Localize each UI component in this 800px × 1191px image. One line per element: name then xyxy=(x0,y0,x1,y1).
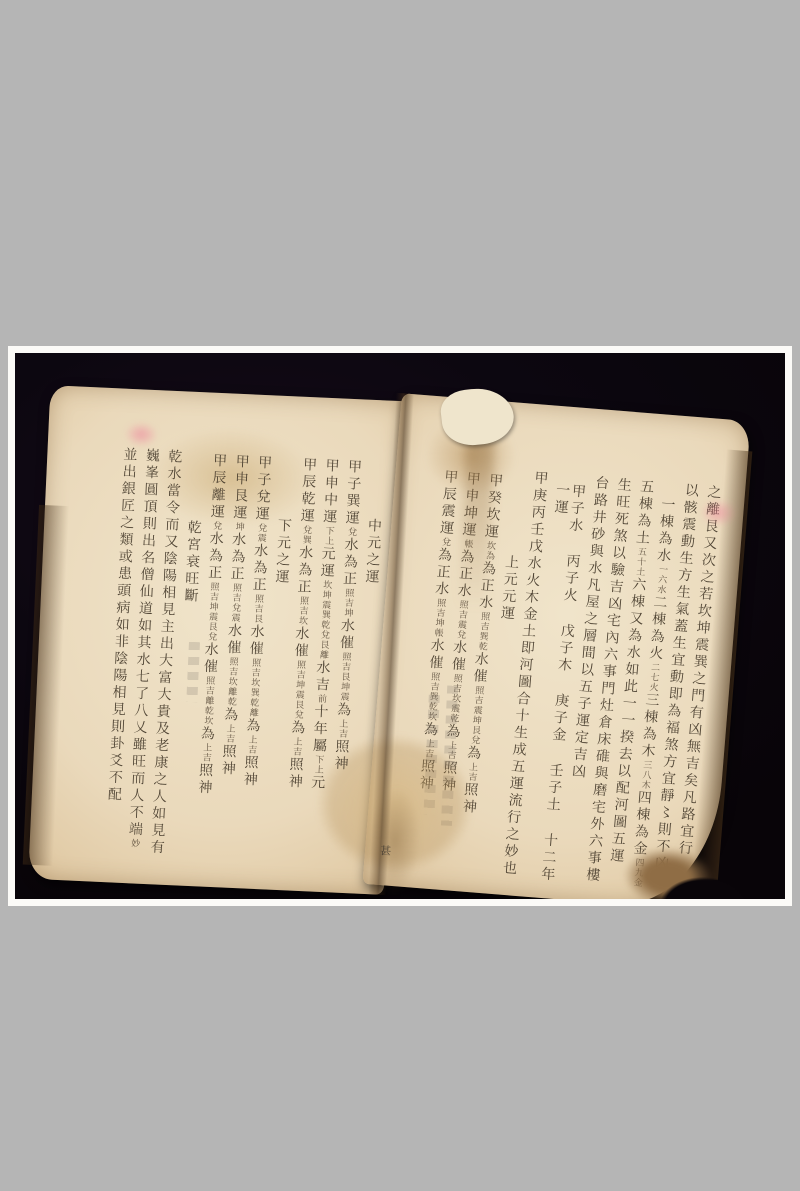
column-text: 水催 xyxy=(292,626,310,661)
annotation-text: 上吉 xyxy=(291,737,302,757)
column-text: 照神 xyxy=(460,781,479,816)
column-text: 元 xyxy=(309,774,326,792)
annotation-text: 兌巽 xyxy=(301,525,312,545)
column-text: 為 xyxy=(465,744,482,762)
photo-black-backdrop: 中元之運甲子巽運兌水為正照吉坤水催照吉艮坤震為上吉照神甲申中運下上元運坎坤震巽乾… xyxy=(15,353,785,899)
column-text: 甲申中運 xyxy=(321,458,340,527)
column-text: 水催 xyxy=(201,641,219,676)
column-text: 照神 xyxy=(219,743,237,778)
annotation-text: 二七火 xyxy=(647,662,659,693)
column-text: 照神 xyxy=(196,762,214,797)
column-text: 為 xyxy=(244,717,261,735)
column-text: 水吉 xyxy=(313,659,331,694)
annotation-text: 照吉坎離乾 xyxy=(226,657,238,707)
column-text: 甲辰乾運 xyxy=(298,457,317,526)
column-text: 為 xyxy=(222,706,239,724)
column-text: 水催 xyxy=(247,623,265,658)
annotation-text: 兌 xyxy=(346,527,356,537)
column-text: 照神 xyxy=(332,738,350,773)
photograph-white-mat: 中元之運甲子巽運兌水為正照吉坤水催照吉艮坤震為上吉照神甲申中運下上元運坎坤震巽乾… xyxy=(8,346,792,906)
right-page: 之離艮又次之若坎坤震巽之門有凶無吉矣凡路宜行以骸震動生方生氣蓋生宜動即為福煞方宜… xyxy=(362,393,750,899)
annotation-text: 照吉坤震艮兌 xyxy=(206,582,219,642)
annotation-text: 上吉 xyxy=(201,742,212,762)
column-text: 甲辰震運 xyxy=(438,469,459,538)
left-page: 中元之運甲子巽運兌水為正照吉坤水催照吉艮坤震為上吉照神甲申中運下上元運坎坤震巽乾… xyxy=(28,385,406,895)
column-text: 二棟為火 xyxy=(647,594,668,663)
column-text: 下元之運 xyxy=(273,518,292,587)
annotation-text: 前 xyxy=(316,694,326,704)
column-text: 甲申坤運 xyxy=(460,471,481,540)
annotation-text: 照吉離乾坎 xyxy=(202,676,214,726)
column-text: 甲申艮運 xyxy=(231,454,250,523)
column-text: 甲子巽運 xyxy=(343,459,362,528)
annotation-text: 三八木 xyxy=(639,760,651,791)
column-text: 甲辰離運 xyxy=(209,453,228,522)
annotation-text: 照吉艮 xyxy=(252,594,263,624)
column-text: 甲子兌運 xyxy=(253,455,272,524)
column-text: 為 xyxy=(289,719,306,737)
column-text: 照神 xyxy=(241,754,259,789)
annotation-text: 照吉震坤艮兌 xyxy=(469,685,484,746)
annotation-text: 上吉 xyxy=(337,719,348,739)
annotation-text: 下上 xyxy=(323,526,334,546)
column-text: 為 xyxy=(198,725,215,743)
annotation-text: 一六水 xyxy=(655,564,667,595)
annotation-text: 照吉巽乾 xyxy=(476,611,489,652)
annotation-text: 坎為 xyxy=(484,540,496,561)
column-text: 三棟為木 xyxy=(639,692,660,761)
column-text: 四棟為金 xyxy=(631,789,652,858)
column-text: 水催 xyxy=(427,637,446,672)
annotation-text: 上吉 xyxy=(466,762,478,783)
annotation-text: 照吉兌震 xyxy=(229,583,241,623)
annotation-text: 兌 xyxy=(211,521,221,531)
right-page-text: 之離艮又次之若坎坤震巽之門有凶無吉矣凡路宜行以骸震動生方生氣蓋生宜動即為福煞方宜… xyxy=(372,460,729,897)
column-text: 水催 xyxy=(338,618,356,653)
annotation-text: 照吉坤震艮兌 xyxy=(293,660,306,720)
column-text: 為正水 xyxy=(455,548,475,600)
column-text: 水為正 xyxy=(250,543,268,595)
column-text: 為 xyxy=(335,701,352,719)
column-text: 甲癸坎運 xyxy=(482,472,503,541)
column-text: 水為正 xyxy=(341,537,359,589)
column-text: 十年屬 xyxy=(311,703,329,755)
column-text: 上元元運 xyxy=(498,554,519,623)
annotation-text: 照吉震兌 xyxy=(455,599,468,640)
annotation-text: 照吉坤 xyxy=(342,588,353,618)
annotation-text: 照吉坎巽乾離 xyxy=(248,658,261,718)
column-text: 一棟為水 xyxy=(655,496,676,565)
manuscript-book: 中元之運甲子巽運兌水為正照吉坤水催照吉艮坤震為上吉照神甲申中運下上元運坎坤震巽乾… xyxy=(28,377,752,899)
column-text: 水催 xyxy=(225,622,243,657)
column-text: 元運 xyxy=(318,546,336,581)
column-text: 水催 xyxy=(449,639,468,674)
left-page-text: 中元之運甲子巽運兌水為正照吉坤水催照吉艮坤震為上吉照神甲申中運下上元運坎坤震巽乾… xyxy=(35,443,392,882)
annotation-text: 照吉艮坤震 xyxy=(338,652,350,702)
annotation-text: 坤 xyxy=(234,522,244,532)
column-text: 照神 xyxy=(286,756,304,791)
annotation-text: 下上 xyxy=(313,755,324,775)
annotation-text: 五十土 xyxy=(634,546,646,577)
column-text: 為正水 xyxy=(477,560,497,612)
annotation-text: 上吉 xyxy=(246,734,257,754)
column-text: 為正水 xyxy=(433,546,453,598)
annotation-text: 照吉坤帳 xyxy=(432,598,445,639)
annotation-text: 上吉 xyxy=(224,723,235,743)
column-text: 五棟為土 xyxy=(633,478,654,547)
annotation-text: 坎坤震巽乾兌艮離 xyxy=(318,580,332,660)
column-text: 乾宮衰旺斷 xyxy=(182,520,202,606)
fold-mark: 甚 xyxy=(376,845,392,857)
scanned-page-background: 中元之運甲子巽運兌水為正照吉坤水催照吉艮坤震為上吉照神甲申中運下上元運坎坤震巽乾… xyxy=(0,0,800,1191)
column-text: 水為正 xyxy=(295,545,313,597)
annotation-text: 妙 xyxy=(129,838,139,848)
column-text: 水催 xyxy=(471,651,490,686)
annotation-text: 照吉坎 xyxy=(297,596,308,626)
column-text: 水為正 xyxy=(228,532,246,584)
annotation-text: 四九金 xyxy=(632,857,644,888)
column-text: 中元之運 xyxy=(363,518,382,587)
column-text: 水為正 xyxy=(206,531,224,583)
annotation-text: 兌震 xyxy=(256,523,267,543)
